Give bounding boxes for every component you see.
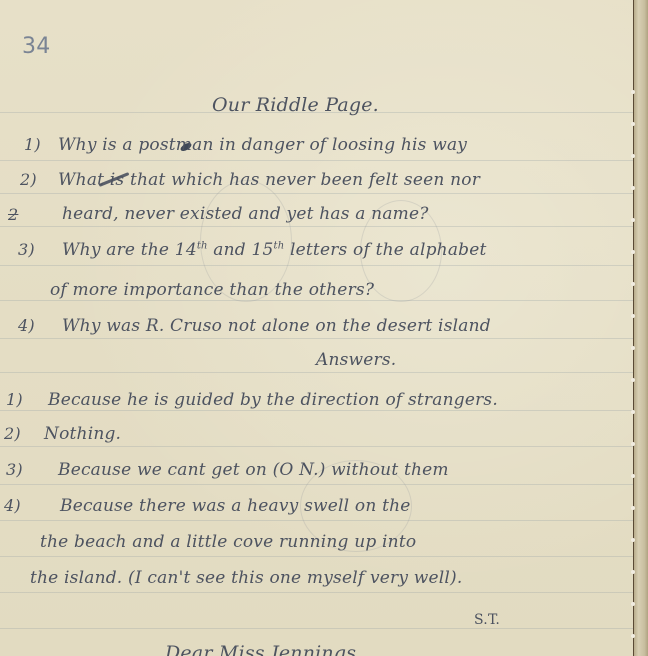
binding-stitch [631,346,635,350]
binding-stitch [631,410,635,414]
riddle-number: 3) [18,240,35,259]
binding-stitch [631,378,635,382]
binding-stitch [631,602,635,606]
answer-text: Because there was a heavy swell on the [60,496,411,516]
binding-stitch [631,282,635,286]
binding-stitch [631,474,635,478]
binding-stitch [631,186,635,190]
answer-number: 2) [4,424,21,443]
answer-text: Because we cant get on (O N.) without th… [58,460,449,480]
riddle-text: Why is a postman in danger of loosing hi… [58,135,467,155]
binding-stitch [631,506,635,510]
notebook-page: 34 Our Riddle Page. 1) Why is a postman … [0,0,636,656]
ruled-line [0,556,636,557]
ruled-line [0,446,636,447]
binding-stitch [631,154,635,158]
crossed-out-mark: 2 [8,205,18,224]
ruled-line [0,265,636,266]
riddle-text: Why was R. Cruso not alone on the desert… [62,316,491,336]
binding-stitch [631,634,635,638]
binding-stitch [631,122,635,126]
page-title: Our Riddle Page. [212,94,379,116]
page-number: 34 [22,34,50,59]
answer-text: Nothing. [44,424,121,444]
answer-text: the beach and a little cove running up i… [40,532,416,552]
answer-number: 3) [6,460,23,479]
binding-stitch [631,570,635,574]
binding-stitch [631,442,635,446]
ruled-line [0,372,636,373]
signature: S.T. [474,612,500,628]
binding-stitch [631,538,635,542]
riddle-text: of more importance than the others? [50,280,374,300]
answer-number: 1) [6,390,23,409]
answers-heading: Answers. [316,350,396,370]
riddle-text: What is that which has never been felt s… [58,170,480,190]
ruled-line [0,410,636,411]
binding-stitch [631,250,635,254]
riddle-number: 1) [24,135,41,154]
riddle-text: heard, never existed and yet has a name? [62,204,429,224]
riddle-number: 2) [20,170,37,189]
riddle-text: Why are the 14th and 15th letters of the… [62,240,487,260]
ruled-line [0,160,636,161]
answer-number: 4) [4,496,21,515]
answer-text: the island. (I can't see this one myself… [30,568,463,588]
ruled-line [0,592,636,593]
binding-stitch [631,90,635,94]
binding-stitch [631,218,635,222]
cut-off-next-line: Dear Miss Jennings... [165,642,375,656]
ruled-line [0,226,636,227]
notebook-binding [633,0,648,656]
ruled-line [0,628,636,629]
ruled-line [0,300,636,301]
ruled-line [0,338,636,339]
ruled-line [0,193,636,194]
binding-stitch [631,314,635,318]
riddle-number: 4) [18,316,35,335]
answer-text: Because he is guided by the direction of… [48,390,498,410]
